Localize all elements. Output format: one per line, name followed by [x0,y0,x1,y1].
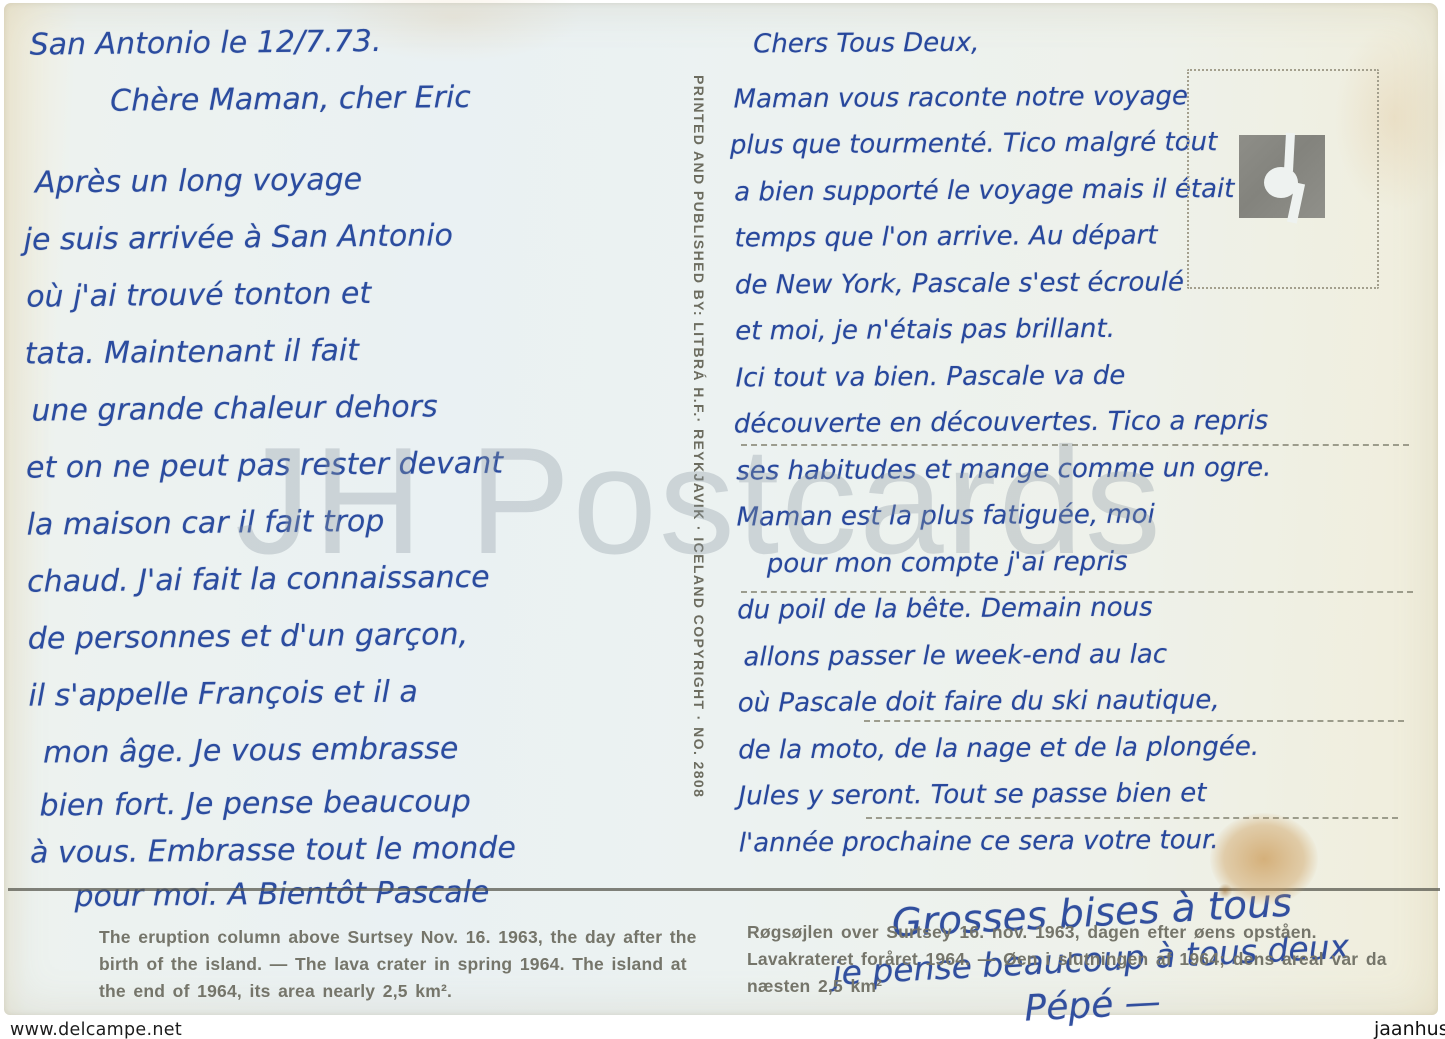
logo-notch [1284,133,1295,171]
handwriting-line: Chère Maman, cher Eric [110,66,719,129]
stain-mark [1218,883,1232,899]
handwriting-line: Ici tout va bien. Pascale va de [735,350,1445,401]
address-line [864,720,1404,722]
delcampe-watermark: www.delcampe.net [10,1020,182,1039]
handwriting-line: Après un long voyage [35,147,720,211]
handwriting-line: à vous. Embrasse tout le monde [30,824,726,875]
postcard-scan: San Antonio le 12/7.73.Chère Maman, cher… [0,0,1445,1039]
handwriting-line: tata. Maintenant il fait [25,318,722,382]
handwriting-line: San Antonio le 12/7.73. [29,9,718,73]
handwriting-line: l'année prochaine ce sera votre tour. [739,815,1445,866]
address-line [741,591,1413,593]
handwriting-line: Chers Tous Deux, [753,17,1445,68]
handwriting-line: Jules y seront. Tout se passe bien et [738,769,1445,820]
handwriting-line: et moi, je n'étais pas brillant. [735,304,1445,355]
handwriting-line: pour moi. A Bientôt Pascale [74,868,726,919]
handwriting-line: je suis arrivée à San Antonio [23,204,720,268]
handwriting-line: bien fort. Je pense beaucoup [39,774,725,831]
handwriting-line: il s'appelle François et il a [28,660,725,724]
jh-postcards-watermark: JH Postcards [235,414,1163,589]
jaanhus-watermark: jaanhus [1374,1018,1445,1039]
handwriting-line: où j'ai trouvé tonton et [26,261,721,325]
address-line [866,817,1398,819]
handwriting-line: allons passer le week-end au lac [743,629,1445,680]
handwriting-line: de personnes et d'un garçon, [28,603,725,667]
caption-english: The eruption column above Surtsey Nov. 1… [99,924,699,1005]
handwriting-line: de la moto, de la nage et de la plongée. [738,722,1445,773]
handwriting-line: mon âge. Je vous embrasse [43,717,726,781]
litbra-logo [1239,135,1325,218]
caption-danish: Røgsøjlen over Surtsey 16. nov. 1963, da… [747,919,1387,1000]
